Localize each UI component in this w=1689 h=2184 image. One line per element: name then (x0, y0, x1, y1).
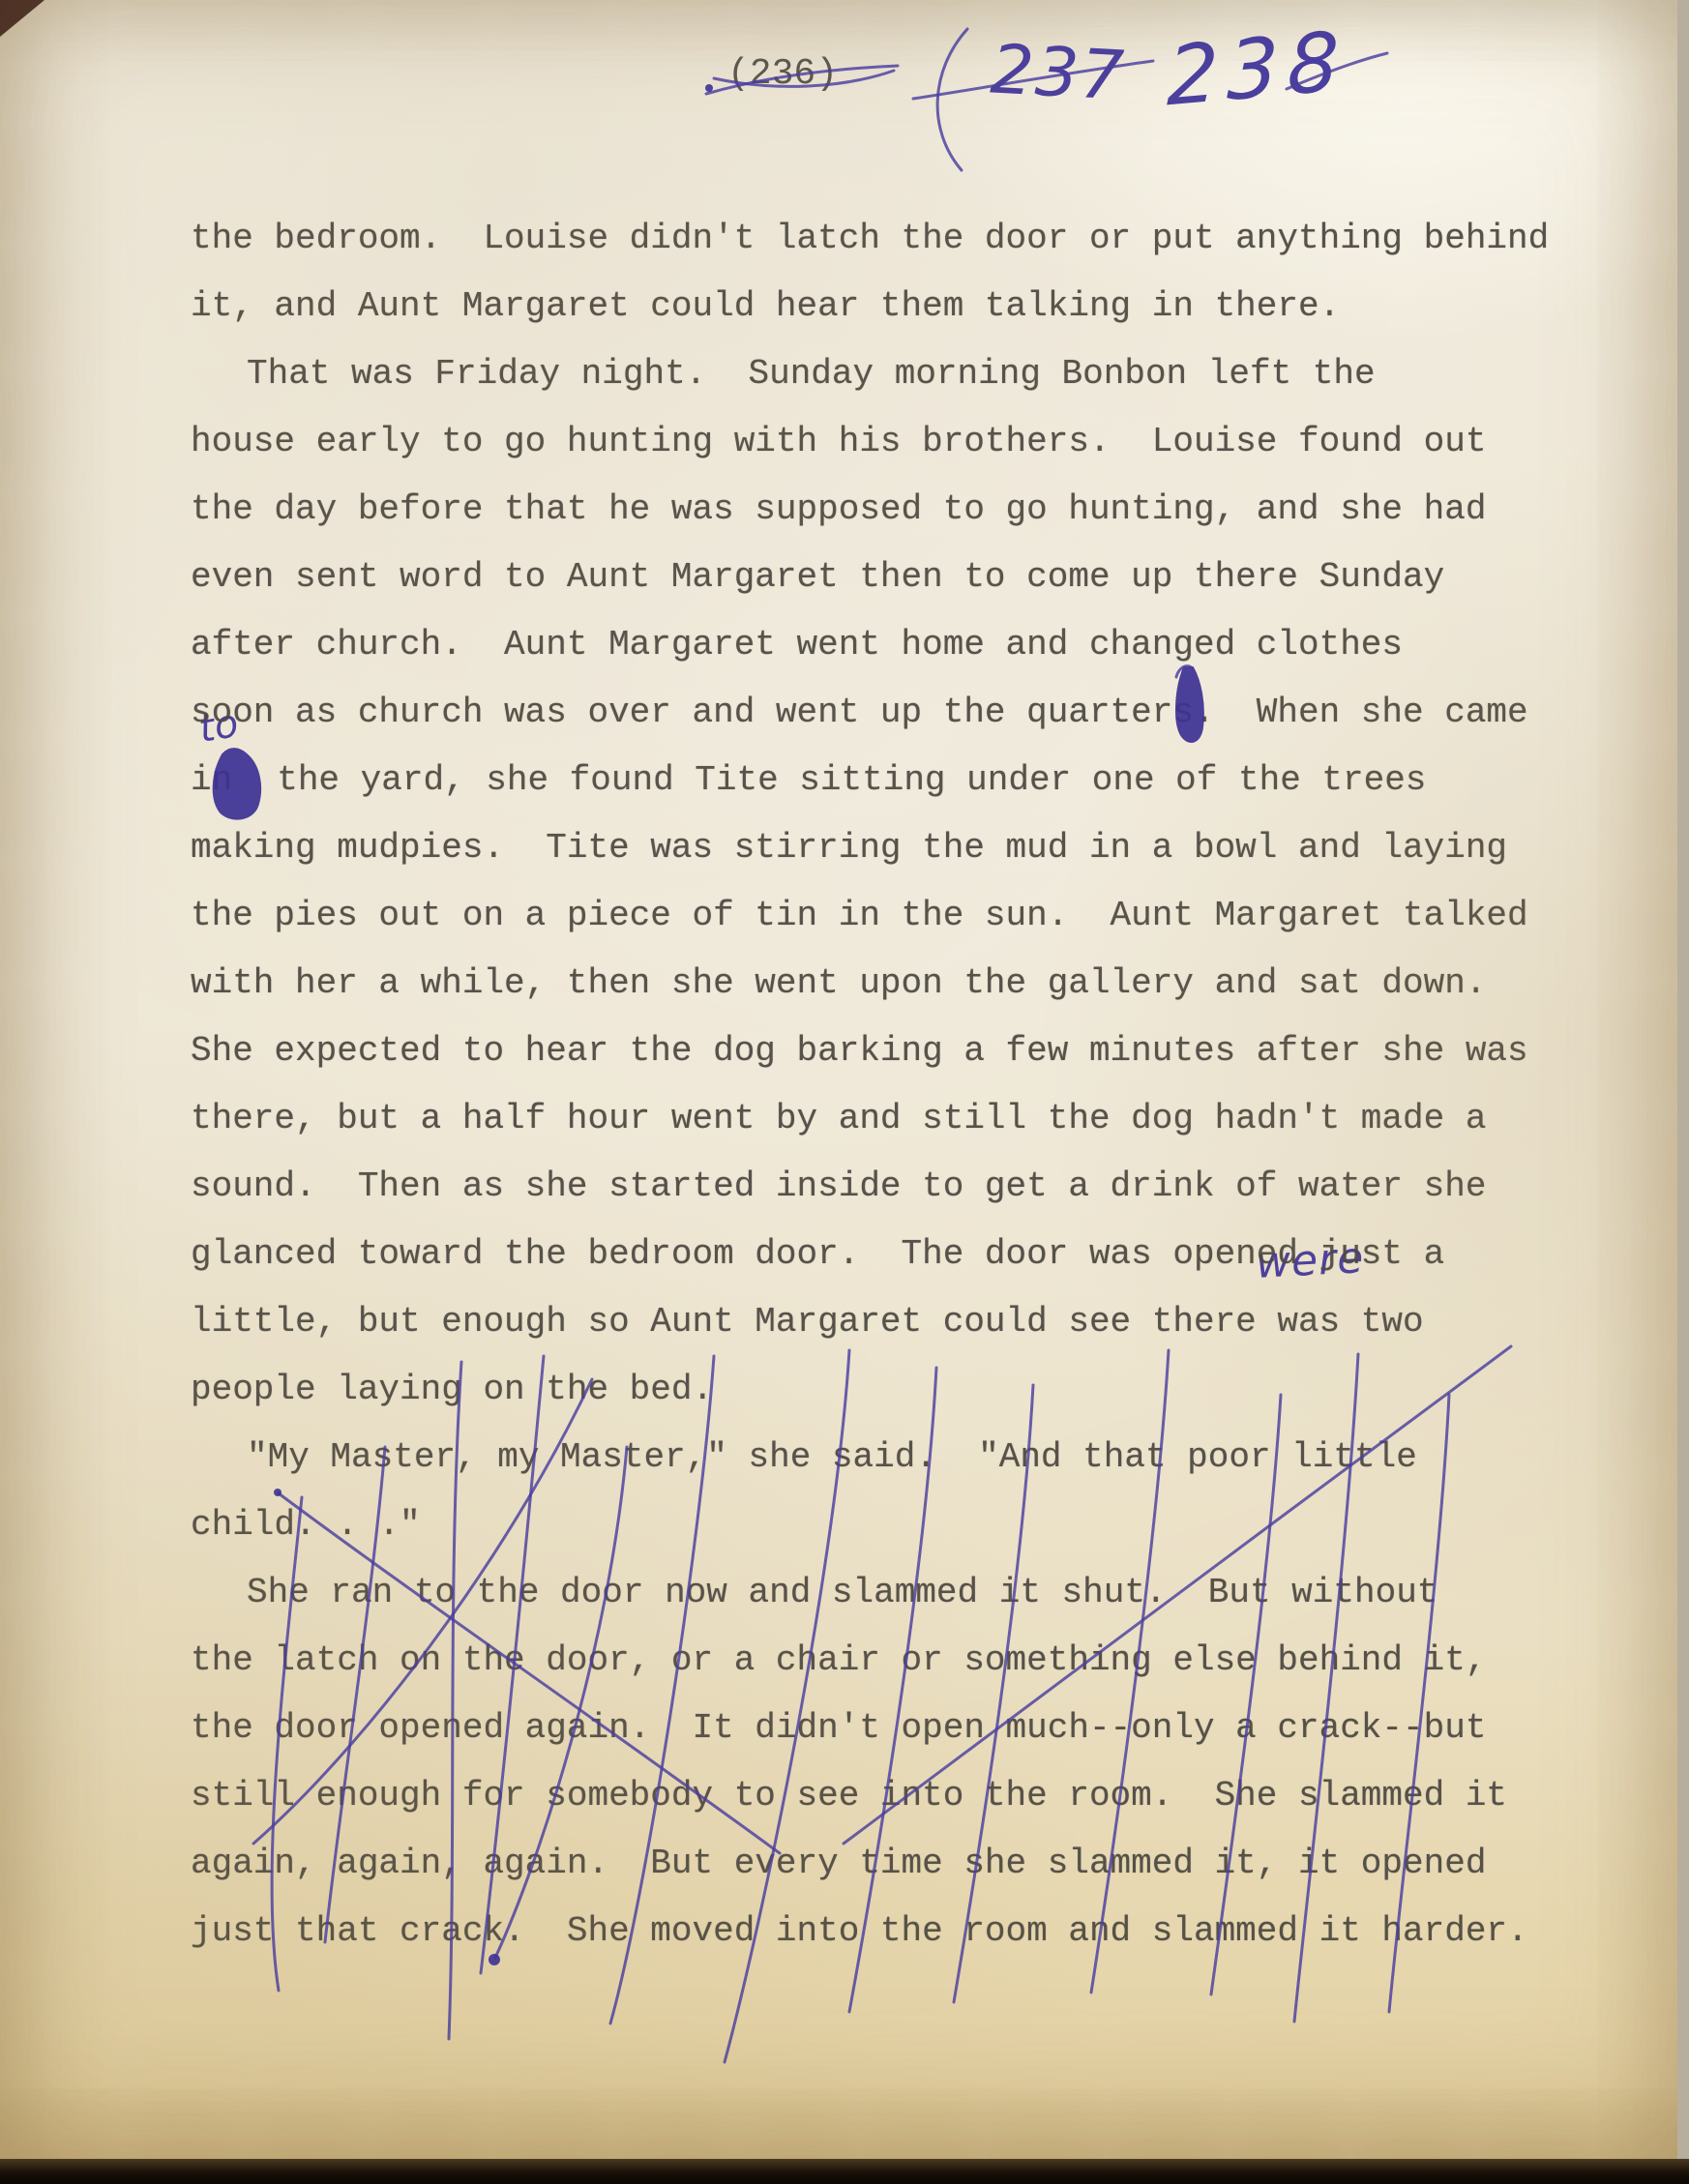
typed-line: it, and Aunt Margaret could hear them ta… (191, 273, 1340, 340)
typed-line: after church. Aunt Margaret went home an… (191, 611, 1403, 679)
typed-line: That was Friday night. Sunday morning Bo… (247, 340, 1376, 408)
typed-line: people laying on the bed. (191, 1356, 713, 1424)
typed-page-number: (236) (727, 48, 838, 101)
typed-line: even sent word to Aunt Margaret then to … (191, 544, 1444, 611)
typed-line: with her a while, then she went upon the… (191, 950, 1486, 1018)
typed-line: child. . ." (191, 1491, 421, 1559)
typed-line: the bedroom. Louise didn't latch the doo… (191, 205, 1549, 273)
typed-line: the door opened again. It didn't open mu… (191, 1695, 1486, 1762)
typed-line: the latch on the door, or a chair or som… (191, 1627, 1486, 1695)
typed-line-with-inked-correction: inthe yard, she found Tite sitting under… (191, 747, 1426, 814)
typed-line: the day before that he was supposed to g… (191, 476, 1486, 544)
typed-line: "My Master, my Master," she said. "And t… (247, 1424, 1417, 1491)
typed-line-remainder: the yard, she found Tite sitting under o… (277, 760, 1426, 800)
typed-line: the pies out on a piece of tin in the su… (191, 882, 1528, 950)
typed-line: there, but a half hour went by and still… (191, 1085, 1486, 1153)
manuscript-paper: (236) 237 238 to were the bedroom. Louis… (0, 0, 1677, 2163)
typed-line: house early to go hunting with his broth… (191, 408, 1486, 476)
handwritten-page-number-old: 237 (989, 29, 1128, 115)
typed-line: little, but enough so Aunt Margaret coul… (191, 1288, 1424, 1356)
typed-line: just that crack. She moved into the room… (191, 1898, 1528, 1965)
typed-line: soon as church was over and went up the … (191, 679, 1528, 747)
typed-line: still enough for somebody to see into th… (191, 1762, 1507, 1830)
scan-bottom-edge (0, 2159, 1689, 2184)
typed-line: sound. Then as she started inside to get… (191, 1153, 1486, 1221)
typed-word-in: in (191, 760, 232, 800)
handwritten-page-number-current: 238 (1166, 14, 1348, 125)
typed-line: again, again, again. But every time she … (191, 1830, 1486, 1898)
typed-line: She ran to the door now and slammed it s… (247, 1559, 1437, 1627)
typed-line: glanced toward the bedroom door. The doo… (191, 1221, 1444, 1288)
typed-line: making mudpies. Tite was stirring the mu… (191, 814, 1507, 882)
typed-line: She expected to hear the dog barking a f… (191, 1018, 1528, 1085)
scanned-page: (236) 237 238 to were the bedroom. Louis… (0, 0, 1689, 2184)
